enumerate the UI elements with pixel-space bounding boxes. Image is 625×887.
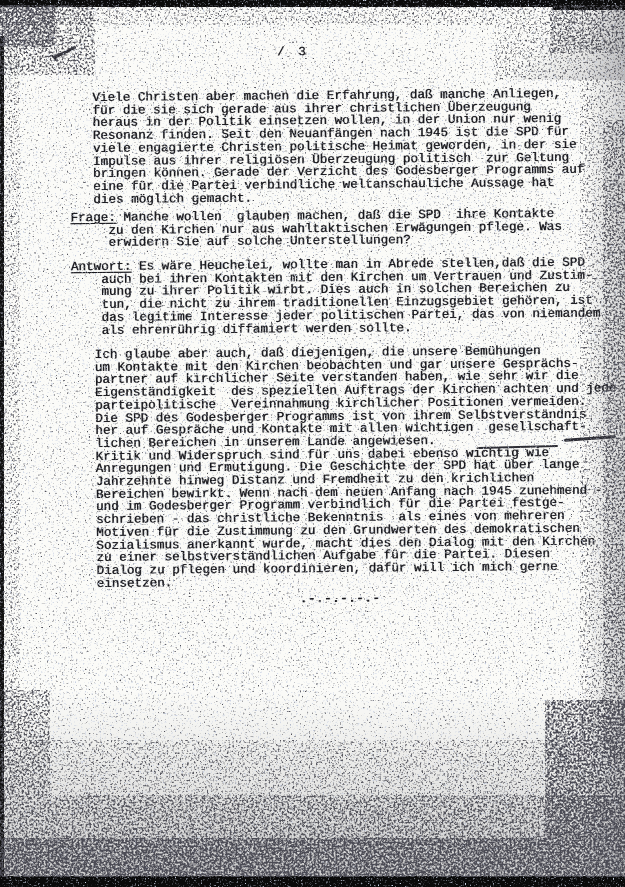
copier-edge-strip-left	[0, 36, 4, 877]
copier-edge-bar-top	[0, 0, 625, 7]
section-divider: .-.-.-.-.-	[300, 592, 381, 607]
text-line: dies möglich gemacht.	[93, 189, 584, 206]
copier-edge-bar-bottom	[0, 876, 625, 887]
paragraph-intro: Viele Christen aber machen die Erfahrung…	[92, 88, 584, 207]
typewritten-text-layer: / 3 Viele Christen aber machen die Erfah…	[0, 0, 625, 887]
text-line: erwidern Sie auf solche Unterstellungen?	[71, 233, 562, 250]
scanned-document-page: / 3 Viele Christen aber machen die Erfah…	[0, 0, 625, 887]
page-number: / 3	[277, 45, 309, 59]
text-line: als ehrenrührig diffamiert werden sollte…	[71, 320, 600, 337]
qa-answer-antwort: Antwort: Es wäre Heuchelei, wollte man i…	[71, 257, 601, 338]
paragraph-answer-body: Ich glaube aber auch, daß diejenigen, di…	[95, 344, 619, 590]
copier-edge-bar-top-right	[553, 0, 625, 10]
qa-question-frage: Frage: Manche wollen glauben machen, daß…	[70, 208, 562, 250]
